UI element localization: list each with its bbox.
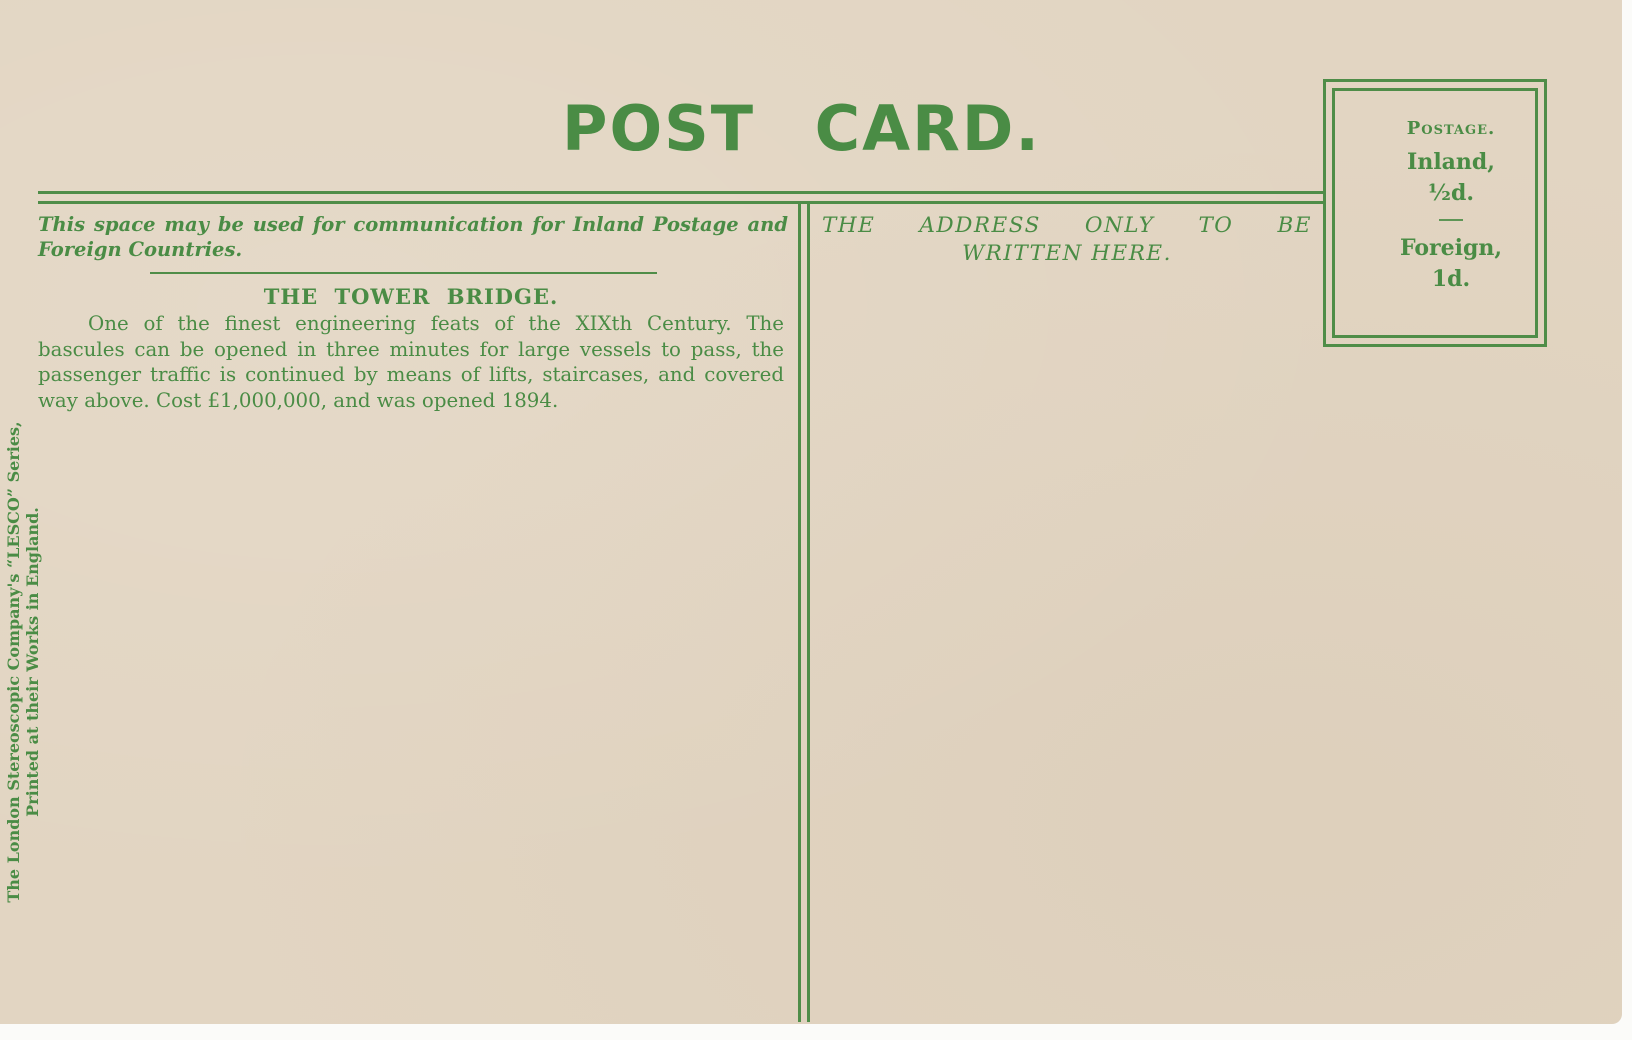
foreign-label: Foreign, xyxy=(1338,233,1538,264)
top-rule-upper xyxy=(38,191,1323,194)
stamp-box: Postage. Inland, ½d. Foreign, 1d. xyxy=(1338,118,1538,295)
inland-label: Inland, xyxy=(1338,147,1538,178)
publisher-imprint-line2: Printed at their Works in England. xyxy=(23,352,42,972)
publisher-imprint-line1: The London Stereoscopic Company's “LESCO… xyxy=(4,352,23,972)
center-divider-right xyxy=(807,204,810,1022)
publisher-imprint: The London Stereoscopic Company's “LESCO… xyxy=(4,352,42,972)
top-rule-lower xyxy=(38,201,1323,204)
center-divider-left xyxy=(798,204,801,1022)
communication-note: This space may be used for communication… xyxy=(38,212,788,262)
heading-underline-rule xyxy=(150,272,657,274)
postcard-back: POST CARD. This space may be used for co… xyxy=(0,0,1622,1024)
inland-rate: ½d. xyxy=(1338,178,1538,209)
address-note: THE ADDRESS ONLY TO BE WRITTEN HERE. xyxy=(822,212,1312,268)
postcard-title: POST CARD. xyxy=(562,98,1041,160)
address-note-line1: THE ADDRESS ONLY TO BE xyxy=(822,212,1312,240)
description-text: One of the finest engineering feats of t… xyxy=(38,311,784,413)
stamp-divider-dash xyxy=(1439,219,1463,221)
subject-heading: THE TOWER BRIDGE. xyxy=(38,284,784,309)
postage-heading: Postage. xyxy=(1338,118,1538,139)
foreign-rate: 1d. xyxy=(1338,264,1538,295)
address-note-line2: WRITTEN HERE. xyxy=(822,240,1312,268)
